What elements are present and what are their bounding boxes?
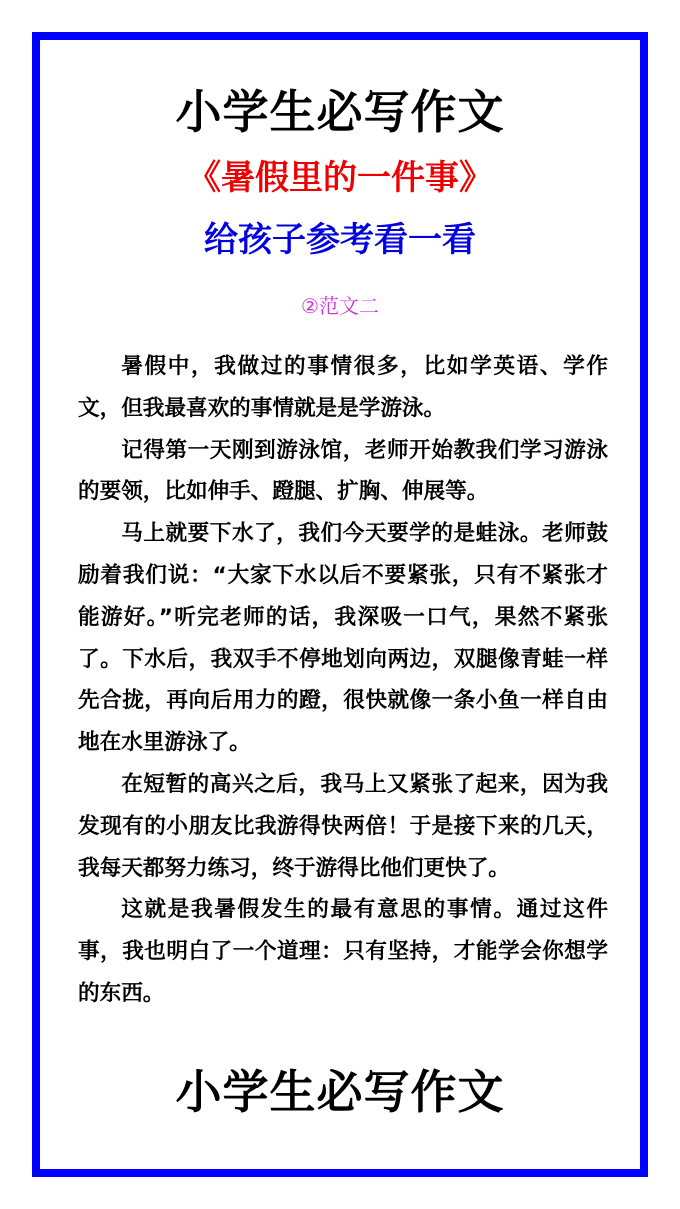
essay-paragraph: 记得第一天刚到游泳馆，老师开始教我们学习游泳的要领，比如伸手、蹬腿、扩胸、伸展等… — [78, 430, 608, 514]
subtitle: 给孩子参考看一看 — [0, 212, 680, 261]
essay-body: 暑假中，我做过的事情很多，比如学英语、学作文，但我最喜欢的事情就是是学游泳。 记… — [78, 346, 608, 1015]
footer-title: 小学生必写作文 — [0, 1056, 680, 1122]
essay-paragraph: 马上就要下水了，我们今天要学的是蛙泳。老师鼓励着我们说：“大家下水以后不要紧张，… — [78, 513, 608, 764]
essay-paragraph: 暑假中，我做过的事情很多，比如学英语、学作文，但我最喜欢的事情就是是学游泳。 — [78, 346, 608, 430]
essay-paragraph: 这就是我暑假发生的最有意思的事情。通过这件事，我也明白了一个道理：只有坚持，才能… — [78, 889, 608, 1014]
page-title: 小学生必写作文 — [0, 76, 680, 142]
essay-paragraph: 在短暂的高兴之后，我马上又紧张了起来，因为我发现有的小朋友比我游得快两倍！于是接… — [78, 764, 608, 889]
sample-label: ②范文二 — [0, 290, 680, 319]
essay-title: 《暑假里的一件事》 — [0, 150, 680, 199]
